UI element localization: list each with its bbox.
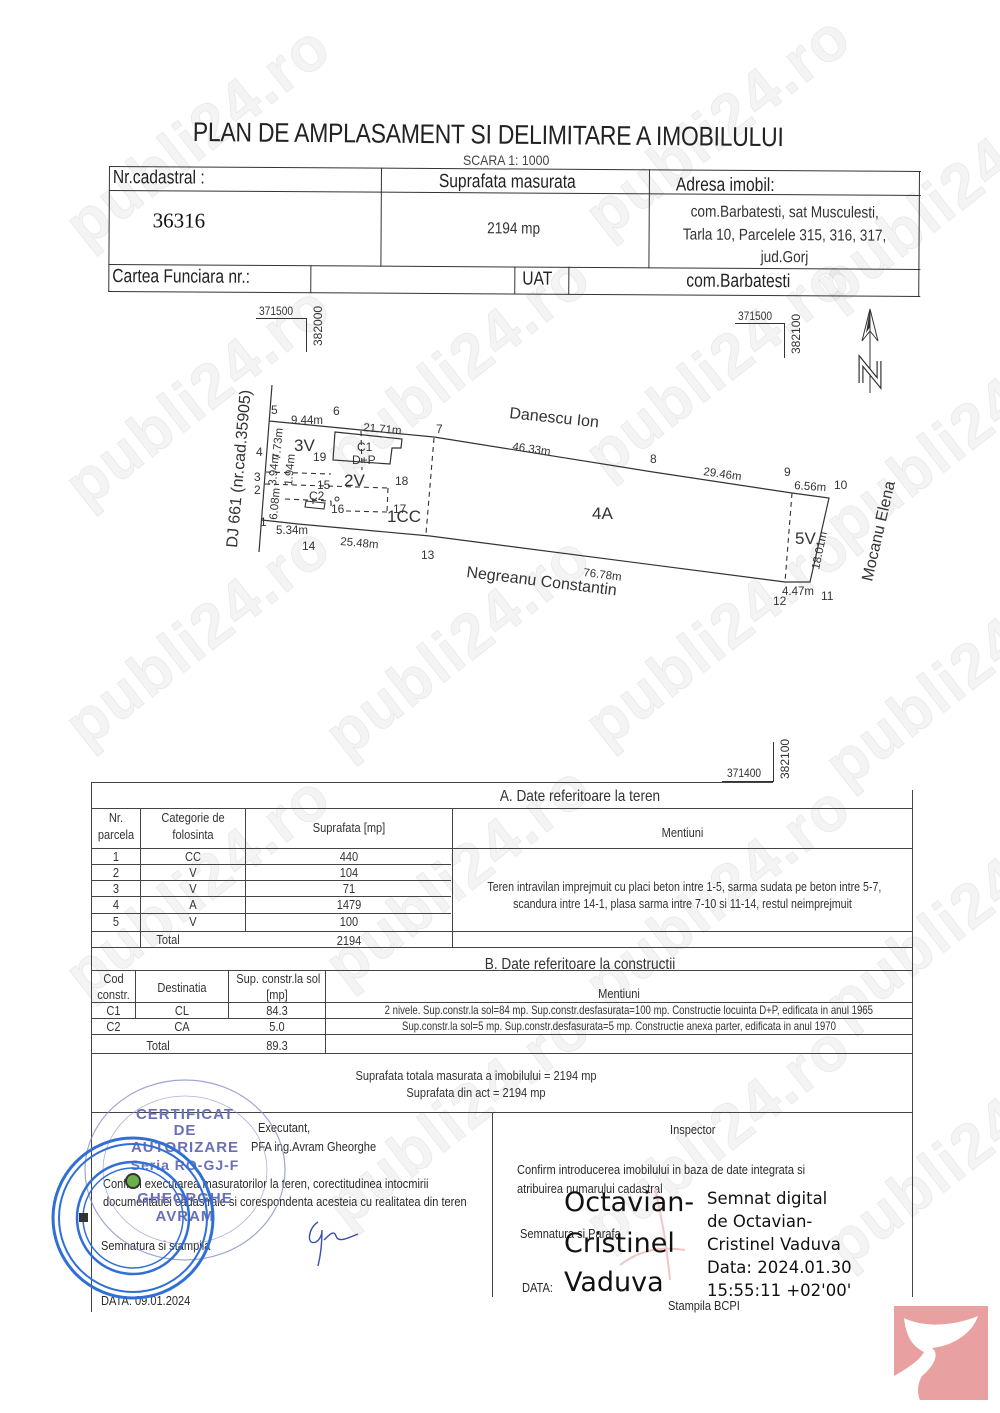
coord-y: 382100 xyxy=(789,314,803,354)
publi24-logo-icon[interactable] xyxy=(894,1306,988,1400)
uat-label: UAT xyxy=(522,269,552,291)
svg-text:1: 1 xyxy=(260,515,267,529)
svg-text:3: 3 xyxy=(254,470,261,484)
site-plan: DJ 661 (nr.cad.35905) Danescu Ion Negrea… xyxy=(0,380,1000,610)
summary-act: Suprafata din act = 2194 mp xyxy=(349,1085,604,1100)
nr-cadastral-label: Nr.cadastral : xyxy=(113,167,205,190)
svg-text:6.56m: 6.56m xyxy=(794,480,827,494)
neighbor-north: Danescu Ion xyxy=(509,405,600,431)
svg-text:11: 11 xyxy=(821,589,834,603)
nr-cadastral-value: 36316 xyxy=(153,208,206,233)
parcel-4a: 4A xyxy=(592,504,613,523)
boundary-distances: 9.44m 21.71m 46.33m 29.46m 6.56m 18.01m … xyxy=(267,415,830,598)
svg-text:19: 19 xyxy=(313,450,327,464)
svg-text:25.48m: 25.48m xyxy=(340,536,379,551)
table-a-total-value: 2194 xyxy=(261,933,436,948)
executant-stamp xyxy=(48,1133,218,1303)
inspector-date-label: DATA: xyxy=(522,1280,553,1295)
svg-text:4: 4 xyxy=(256,445,263,459)
adresa-label: Adresa imobil: xyxy=(676,174,775,197)
svg-text:10: 10 xyxy=(834,478,848,492)
svg-text:16: 16 xyxy=(331,502,345,516)
svg-text:17: 17 xyxy=(393,502,407,516)
header-table: Nr.cadastral : Suprafata masurata Adresa… xyxy=(108,166,921,297)
scale-label: SCARA 1: 1000 xyxy=(463,152,549,168)
svg-text:8: 8 xyxy=(650,452,657,466)
coord-x: 371400 xyxy=(727,766,761,780)
adresa-line-1: com.Barbatesti, sat Musculesti, xyxy=(671,203,899,222)
svg-text:7.73m: 7.73m xyxy=(271,427,286,460)
adresa-line-3: jud.Gorj xyxy=(670,248,898,267)
svg-text:4.47m: 4.47m xyxy=(782,586,814,598)
coord-x: 371500 xyxy=(738,309,772,323)
svg-text:18: 18 xyxy=(395,474,409,488)
svg-text:5: 5 xyxy=(271,403,278,417)
road-label: DJ 661 (nr.cad.35905) xyxy=(224,389,255,548)
uat-value: com.Barbatesti xyxy=(686,271,790,294)
table-a-total-label: Total xyxy=(145,932,191,947)
svg-text:9.44m: 9.44m xyxy=(291,415,323,427)
svg-text:9: 9 xyxy=(784,465,791,479)
svg-text:46.33m: 46.33m xyxy=(512,441,552,458)
coord-x: 371500 xyxy=(259,304,293,318)
table-b-total-value: 89.3 xyxy=(236,1038,318,1053)
carte-funciara-label: Cartea Funciara nr.: xyxy=(112,266,250,289)
svg-text:14: 14 xyxy=(302,539,316,553)
table-b-title: B. Date referitoare la constructii xyxy=(368,956,793,974)
parcel-2v: 2V xyxy=(344,471,365,490)
table-a-title: A. Date referitoare la teren xyxy=(368,788,793,806)
svg-text:1.94m: 1.94m xyxy=(283,453,298,486)
construction-c1-label: D+P xyxy=(352,453,376,467)
summary-total: Suprafata totala masurata a imobilului =… xyxy=(349,1068,604,1083)
adresa-line-2: Tarla 10, Parcelele 315, 316, 317, xyxy=(671,226,899,245)
page-title: PLAN DE AMPLASAMENT SI DELIMITARE A IMOB… xyxy=(193,117,784,153)
svg-text:6.08m: 6.08m xyxy=(268,487,283,520)
svg-text:7: 7 xyxy=(436,422,443,436)
svg-text:2: 2 xyxy=(254,483,261,497)
inspector-label: Inspector xyxy=(670,1122,715,1137)
svg-text:13: 13 xyxy=(421,548,435,562)
parcel-5v: 5V xyxy=(795,529,816,548)
svg-text:6: 6 xyxy=(333,404,340,418)
svg-text:5.34m: 5.34m xyxy=(276,525,308,537)
svg-text:15: 15 xyxy=(317,478,331,492)
construction-c1-code: C1 xyxy=(357,440,373,454)
neighbor-east: Mocanu Elena xyxy=(859,479,899,583)
executant-signature xyxy=(300,1210,370,1270)
table-b-total-label: Total xyxy=(139,1038,176,1053)
suprafata-value: 2194 mp xyxy=(450,220,578,239)
coord-y: 382000 xyxy=(311,306,325,346)
suprafata-label: Suprafata masurata xyxy=(439,171,576,194)
coord-y: 382100 xyxy=(778,739,792,779)
